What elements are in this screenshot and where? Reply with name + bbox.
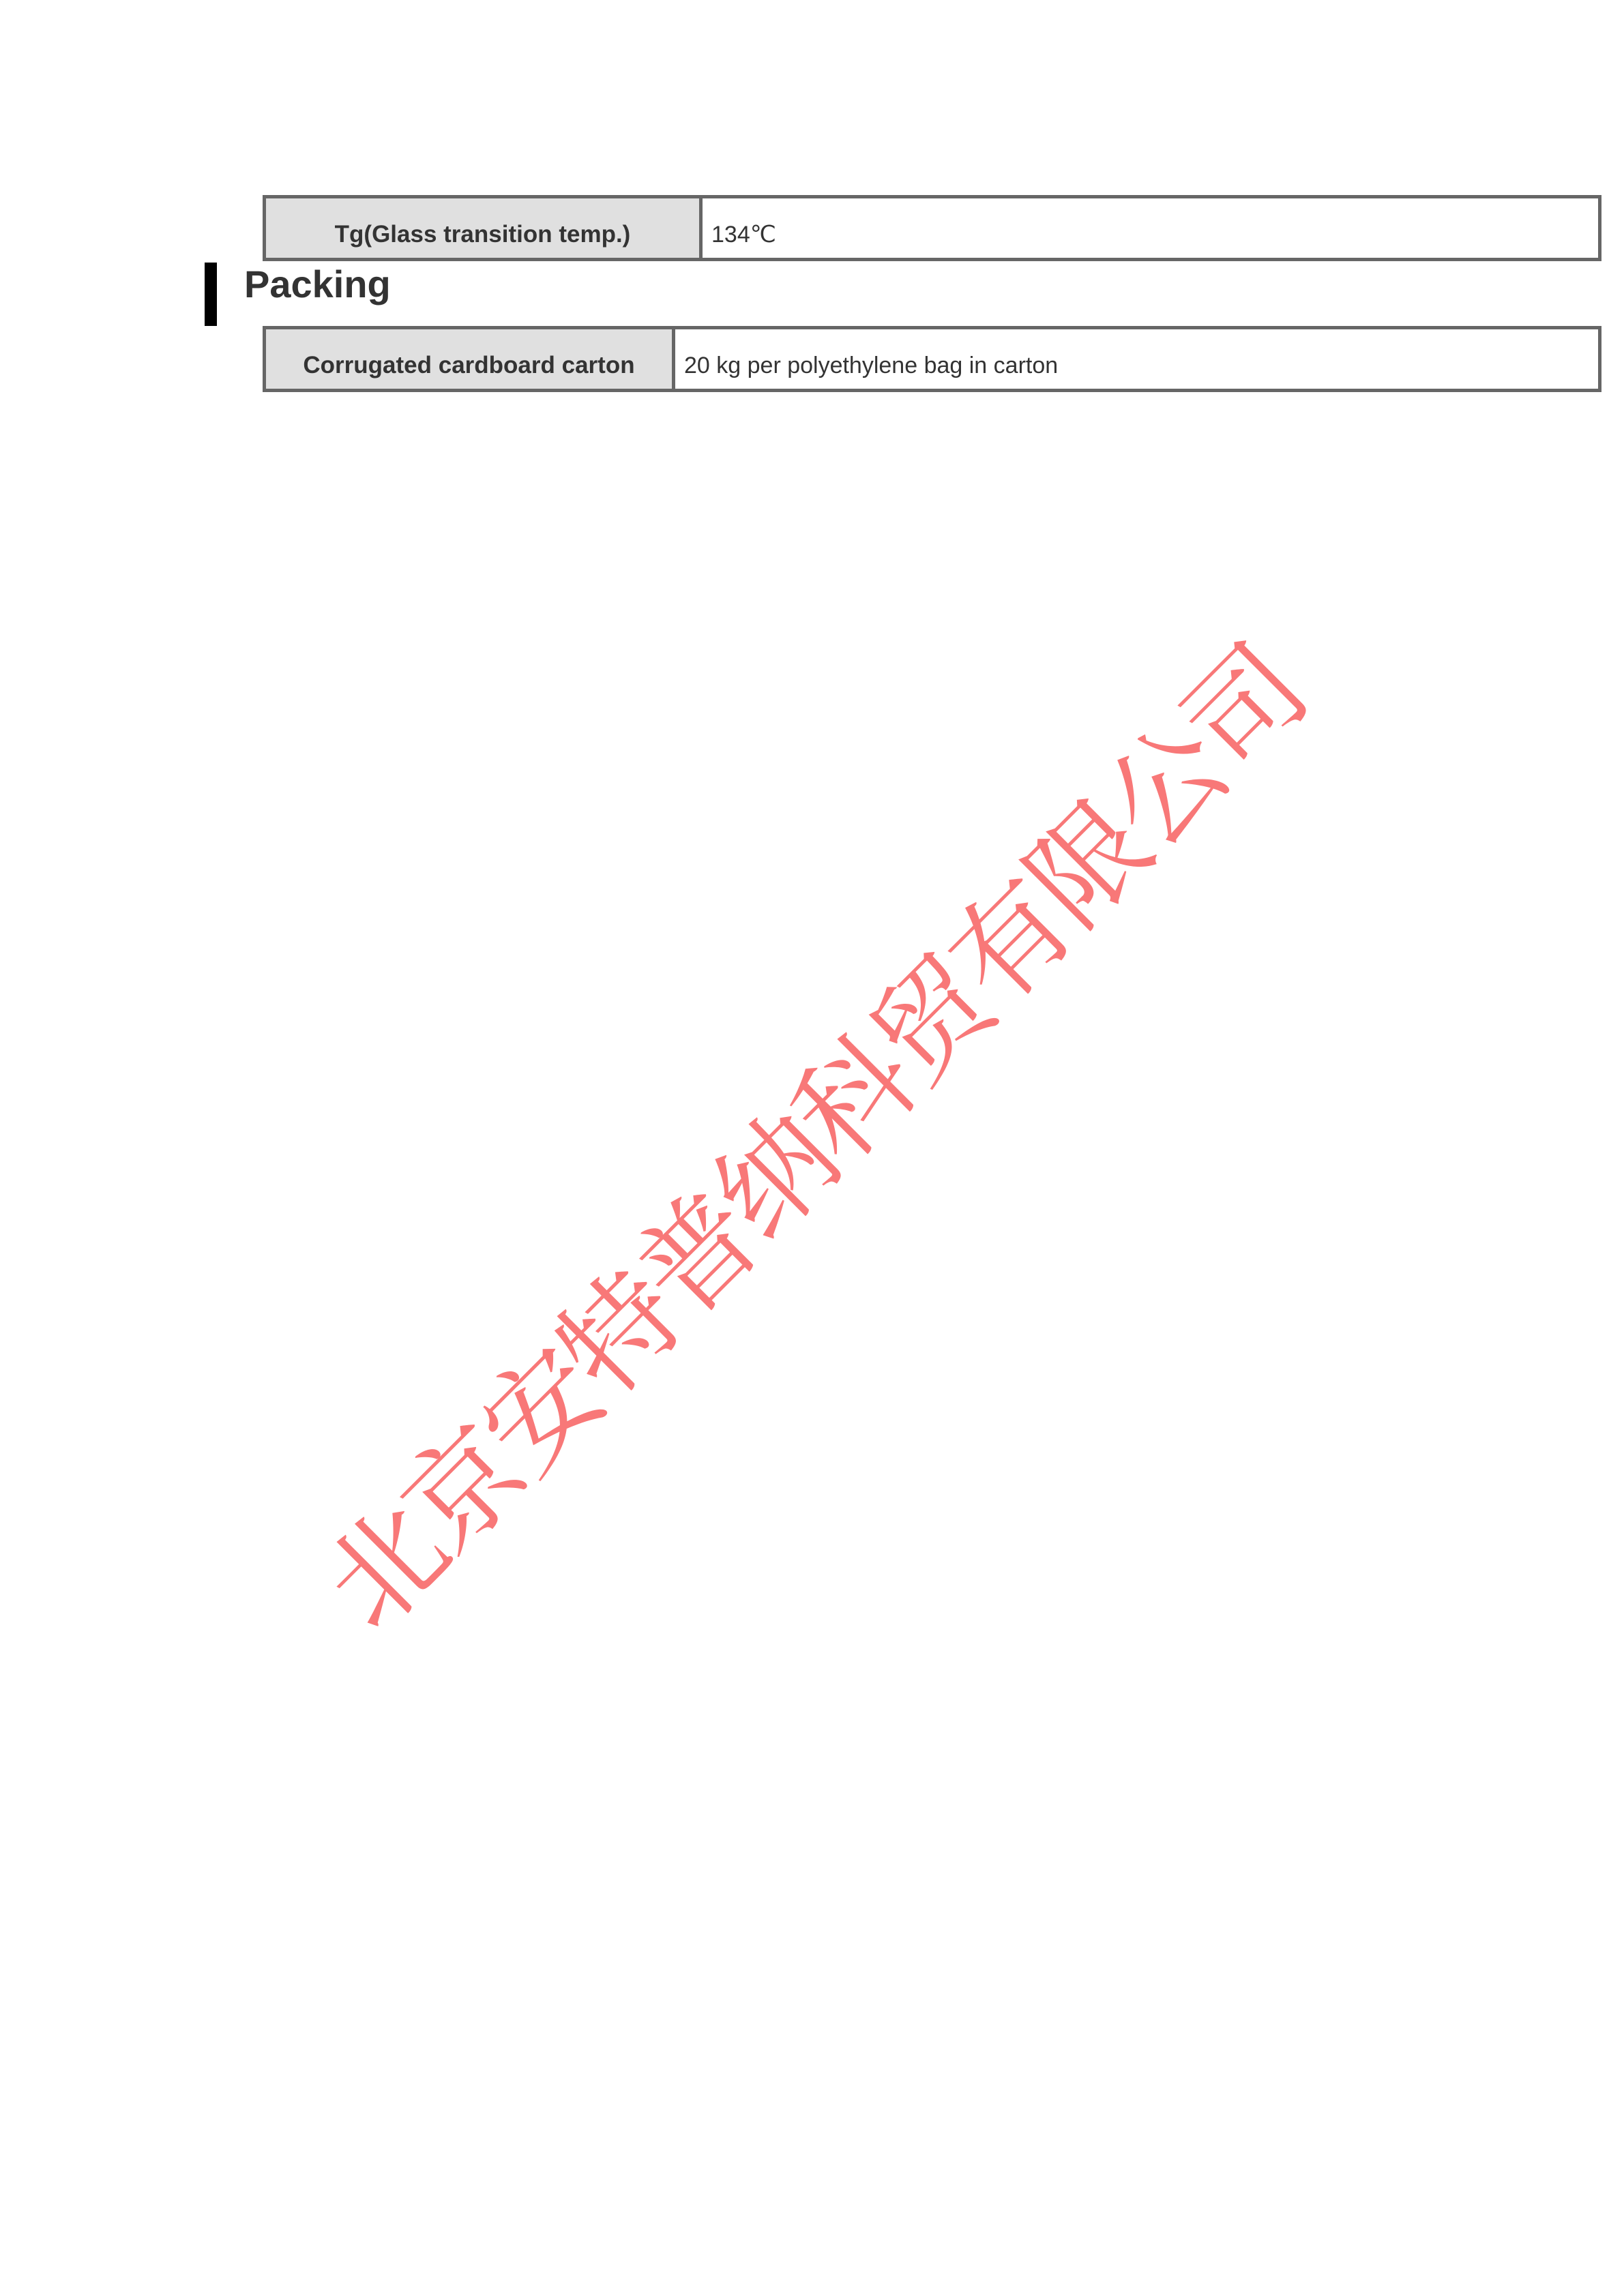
packing-label: Corrugated cardboard carton bbox=[266, 329, 675, 389]
packing-heading: Packing bbox=[244, 260, 391, 308]
tg-value: 134℃ bbox=[703, 198, 1598, 258]
tg-label: Tg(Glass transition temp.) bbox=[266, 198, 703, 258]
company-watermark: 北京安特普纳科贸有限公司 bbox=[281, 605, 1335, 1658]
packing-value: 20 kg per polyethylene bag in carton bbox=[675, 329, 1598, 389]
tg-row: Tg(Glass transition temp.) 134℃ bbox=[263, 195, 1601, 261]
packing-row: Corrugated cardboard carton 20 kg per po… bbox=[263, 326, 1601, 392]
section-marker-bar bbox=[205, 263, 217, 326]
